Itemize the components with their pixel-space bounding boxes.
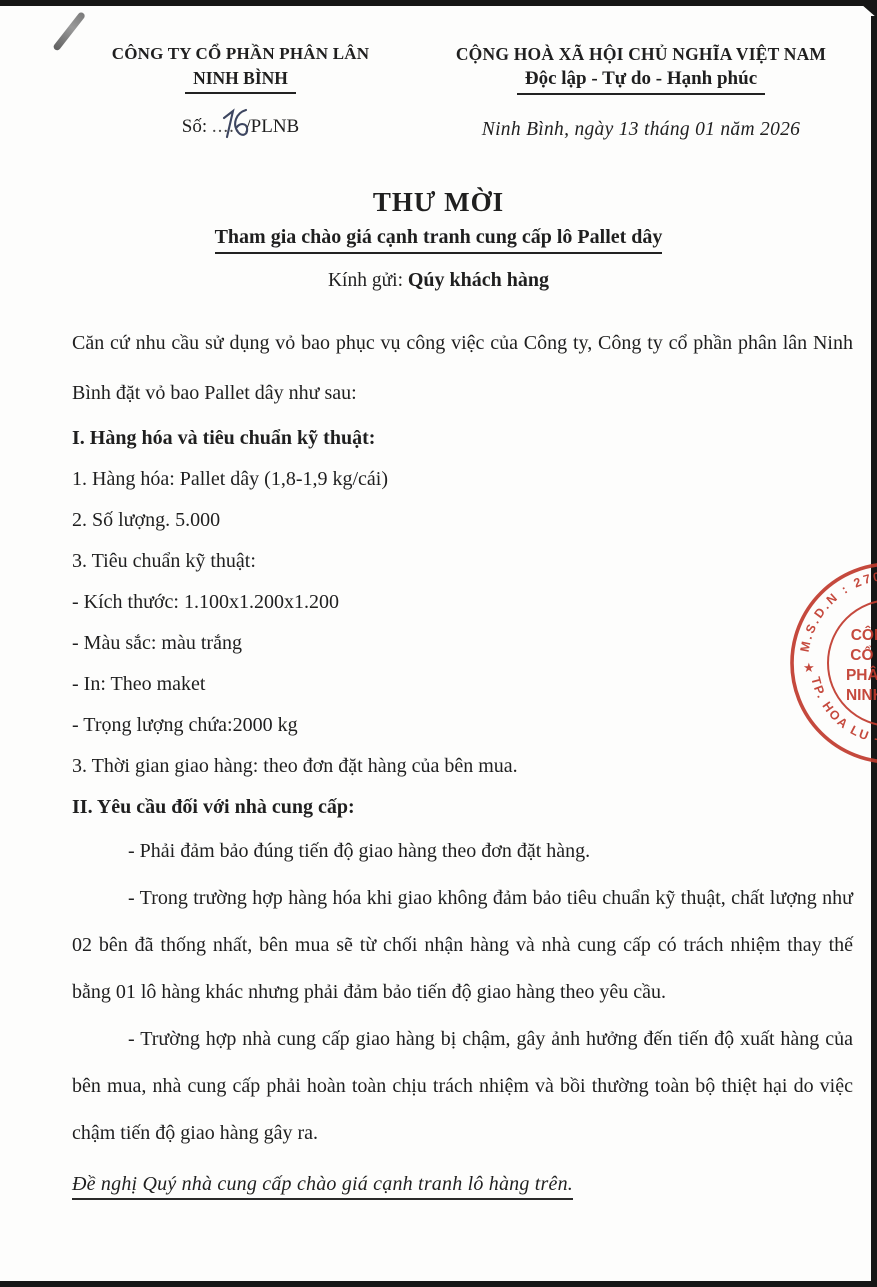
closing-line: Đề nghị Quý nhà cung cấp chào giá cạnh t…: [72, 1173, 573, 1200]
document-subtitle: Tham gia chào giá cạnh tranh cung cấp lô…: [215, 226, 663, 254]
section1-item: 3. Thời gian giao hàng: theo đơn đặt hàn…: [72, 746, 853, 787]
section1-item: - In: Theo maket: [72, 664, 853, 705]
section2-paragraph: - Trong trường hợp hàng hóa khi giao khô…: [72, 875, 853, 1016]
document-header: CÔNG TY CỔ PHẦN PHÂN LÂN NINH BÌNH Số: .…: [0, 0, 877, 141]
scan-edge-corner: [861, 4, 877, 18]
ref-prefix: Số:: [182, 116, 207, 137]
section1-item: - Kích thước: 1.100x1.200x1.200: [72, 582, 853, 623]
seal-text-line4: NINH BÌNH: [846, 687, 877, 704]
seal-text-line2: CỔ PHẦN: [850, 646, 877, 664]
company-seal-stamp: M.S.D.N : 270022A TP. HOA LU - T ★ CÔNG …: [786, 556, 877, 768]
section1-item: 3. Tiêu chuẩn kỹ thuật:: [72, 541, 853, 582]
salutation-recipient: Qúy khách hàng: [408, 269, 549, 291]
section2-heading: II. Yêu cầu đối với nhà cung cấp:: [72, 787, 853, 828]
document-body: Căn cứ nhu cầu sử dụng vỏ bao phục vụ cô…: [72, 318, 853, 1200]
seal-text-line3: PHÂN LÂN: [846, 666, 877, 684]
place-date-line: Ninh Bình, ngày 13 tháng 01 năm 2026: [423, 119, 859, 141]
document-subtitle-wrap: Tham gia chào giá cạnh tranh cung cấp lô…: [0, 226, 877, 254]
closing-line-wrap: Đề nghị Quý nhà cung cấp chào giá cạnh t…: [72, 1173, 853, 1200]
scanned-document-page: CÔNG TY CỔ PHẦN PHÂN LÂN NINH BÌNH Số: .…: [0, 0, 877, 1287]
header-company-block: CÔNG TY CỔ PHẦN PHÂN LÂN NINH BÌNH Số: .…: [58, 44, 423, 141]
salutation-line: Kính gửi: Qúy khách hàng: [0, 269, 877, 292]
salutation-prefix: Kính gửi:: [328, 270, 408, 291]
company-name-line2: NINH BÌNH: [58, 68, 423, 94]
header-national-block: CỘNG HOÀ XÃ HỘI CHỦ NGHĨA VIỆT NAM Độc l…: [423, 44, 859, 141]
section1-heading: I. Hàng hóa và tiêu chuẩn kỹ thuật:: [72, 418, 853, 459]
section1-item: 2. Số lượng. 5.000: [72, 500, 853, 541]
handwritten-number: [216, 104, 256, 144]
reference-number: Số: ..... /PLNB: [182, 116, 299, 138]
company-name-line1: CÔNG TY CỔ PHẦN PHÂN LÂN: [58, 44, 423, 64]
seal-star-icon: ★: [803, 660, 815, 675]
scan-edge-bottom: [0, 1281, 877, 1287]
national-motto-line2: Độc lập - Tự do - Hạnh phúc: [423, 68, 859, 95]
intro-paragraph: Căn cứ nhu cầu sử dụng vỏ bao phục vụ cô…: [72, 318, 853, 418]
section2-paragraph: - Phải đảm bảo đúng tiến độ giao hàng th…: [72, 828, 853, 875]
section2-paragraph: - Trường hợp nhà cung cấp giao hàng bị c…: [72, 1016, 853, 1157]
seal-text-line1: CÔNG TY: [851, 626, 877, 644]
section1-item: - Trọng lượng chứa:2000 kg: [72, 705, 853, 746]
document-title: THƯ MỜI: [0, 187, 877, 218]
section1-item: 1. Hàng hóa: Pallet dây (1,8-1,9 kg/cái): [72, 459, 853, 500]
national-motto-line1: CỘNG HOÀ XÃ HỘI CHỦ NGHĨA VIỆT NAM: [423, 44, 859, 65]
section1-item: - Màu sắc: màu trắng: [72, 623, 853, 664]
scan-edge-top: [0, 0, 877, 6]
